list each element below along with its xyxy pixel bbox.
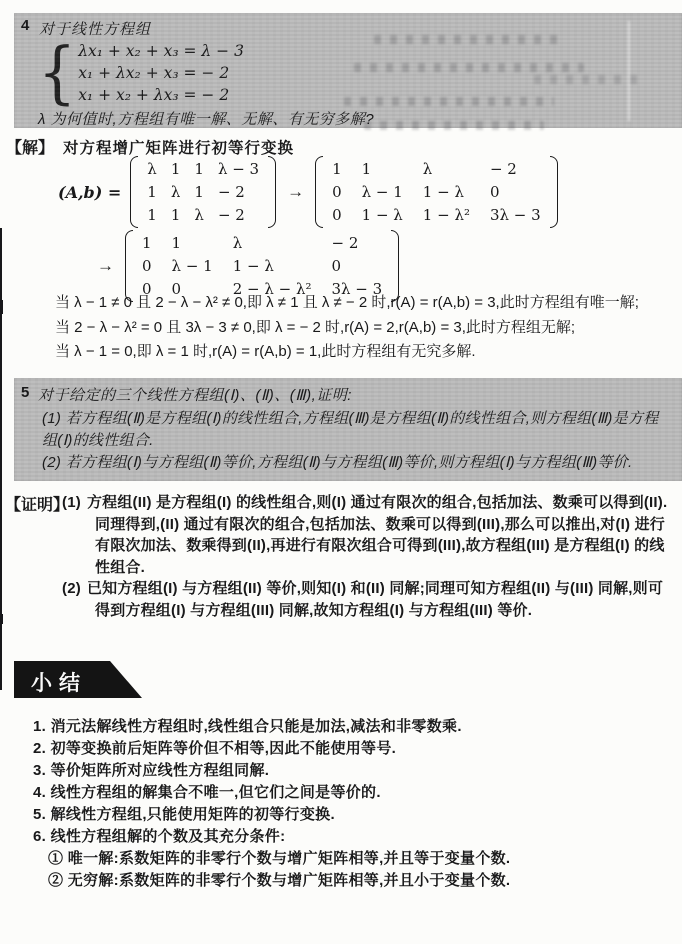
proof-section: 【证明】 (1)方程组(II) 是方程组(I) 的线性组合,则(I) 通过有限次… [5, 492, 677, 622]
arrow-icon: → [95, 256, 116, 276]
summary-subitem-1: ① 唯一解:系数矩阵的非零行个数与增广矩阵相等,并且等于变量个数. [33, 848, 654, 870]
matrix-cell: 1 [332, 159, 342, 179]
problem5-item-1: (1) 若方程组(Ⅱ)是方程组(Ⅰ)的线性组合,方程组(Ⅲ)是方程组(Ⅱ)的线性… [38, 408, 664, 452]
matrix-cell: − 2 [218, 182, 245, 202]
left-paren-icon [130, 156, 138, 228]
matrix-cell: λ [171, 182, 181, 202]
proof-text-1: 方程组(II) 是方程组(I) 的线性组合,则(I) 通过有限次的组合,包括加法… [87, 494, 667, 576]
arrow-icon: → [285, 182, 306, 202]
matrix-cell: 1 − λ [233, 256, 274, 276]
scan-edge-mark [0, 614, 3, 624]
matrix-cell: − 2 [331, 233, 358, 253]
matrix-cell: λ [423, 159, 433, 179]
matrix-cell: λ [147, 159, 157, 179]
summary-item-6: 6. 线性方程组解的个数及其充分条件: [33, 826, 654, 848]
matrix-cell: 1 − λ² [423, 205, 470, 225]
case-infinite-solutions: 当 λ − 1 = 0,即 λ = 1 时,r(A) = r(A,b) = 1,… [55, 340, 670, 365]
matrix-cell: 0 [331, 256, 341, 276]
case-unique-solution: 当 λ − 1 ≠ 0 且 2 − λ − λ² ≠ 0,即 λ ≠ 1 且 λ… [55, 291, 670, 316]
equation-lines: λx₁ + x₂ + x₃ = λ − 3 x₁ + λx₂ + x₃ = − … [78, 40, 244, 106]
summary-item-2: 2. 初等变换前后矩阵等价但不相等,因此不能使用等号. [33, 738, 654, 760]
left-brace: { [38, 34, 76, 112]
matrix-cell: λ − 1 [172, 256, 213, 276]
problem4-question: λ 为何值时,方程组有唯一解、无解、有无穷多解? [38, 108, 374, 129]
matrix-cell: 1 − λ [362, 205, 403, 225]
summary-list: 1. 消元法解线性方程组时,线性组合只能是加法,减法和非零数乘. 2. 初等变换… [33, 716, 654, 892]
matrix-cell: 3λ − 3 [490, 205, 541, 225]
showthrough-noise [344, 97, 554, 106]
matrix-cell: 1 [171, 159, 181, 179]
proof-paragraphs: (1)方程组(II) 是方程组(I) 的线性组合,则(I) 通过有限次的组合,包… [62, 492, 669, 622]
summary-badge: 小结 [14, 661, 142, 698]
proof-paragraph-2: (2)已知方程组(I) 与方程组(II) 等价,则知(I) 和(II) 同解;同… [62, 578, 669, 621]
augmented-matrix-label: (A,b) = [58, 183, 121, 202]
proof-marker-2: (2) [62, 580, 87, 597]
showthrough-noise [354, 63, 584, 72]
proof-paragraph-1: (1)方程组(II) 是方程组(I) 的线性组合,则(I) 通过有限次的组合,包… [62, 492, 669, 578]
matrix-cell: λ − 1 [362, 182, 403, 202]
summary-item-1: 1. 消元法解线性方程组时,线性组合只能是加法,减法和非零数乘. [33, 716, 654, 738]
matrix-cell: 0 [142, 256, 152, 276]
textbook-page: 4 对于线性方程组 { λx₁ + x₂ + x₃ = λ − 3 x₁ + λ… [0, 0, 682, 944]
matrix-cell: − 2 [490, 159, 517, 179]
matrix-cell: 1 [194, 159, 204, 179]
matrix-cell: 1 [172, 233, 182, 253]
matrix-cell: 0 [490, 182, 500, 202]
matrix-cell: 1 [194, 182, 204, 202]
showthrough-noise [364, 121, 544, 130]
left-paren-icon [315, 156, 323, 228]
proof-label: 【证明】 [5, 492, 69, 515]
equation-3: x₁ + x₂ + λx₃ = − 2 [78, 84, 244, 106]
showthrough-noise [374, 35, 564, 44]
showthrough-noise [534, 75, 644, 84]
right-paren-icon [268, 156, 276, 228]
equation-2: x₁ + λx₂ + x₃ = − 2 [78, 62, 244, 84]
solution-intro: 对方程增广矩阵进行初等行变换 [63, 136, 294, 158]
equation-1: λx₁ + x₂ + x₃ = λ − 3 [78, 40, 244, 62]
matrix-cell: λ [233, 233, 243, 253]
matrix-cell: 1 [147, 205, 157, 225]
matrix-cell: 0 [332, 205, 342, 225]
solution-label: 【解】 [6, 135, 54, 158]
proof-text-2: 已知方程组(I) 与方程组(II) 等价,则知(I) 和(II) 同解;同理可知… [87, 580, 663, 619]
matrix-cell: 1 [362, 159, 372, 179]
summary-item-4: 4. 线性方程组的解集合不唯一,但它们之间是等价的. [33, 782, 654, 804]
matrix-1: λ11λ − 31λ1− 211λ− 2 [130, 156, 276, 228]
matrix-cell: λ − 3 [218, 159, 259, 179]
matrix-cell: 1 [171, 205, 181, 225]
matrix-cell: 0 [332, 182, 342, 202]
problem4-number: 4 [21, 17, 29, 34]
summary-badge-label: 小结 [14, 661, 142, 697]
solution-cases: 当 λ − 1 ≠ 0 且 2 − λ − λ² ≠ 0,即 λ ≠ 1 且 λ… [55, 291, 670, 365]
summary-item-5: 5. 解线性方程组,只能使用矩阵的初等行变换. [33, 804, 654, 826]
summary-subitem-2: ② 无穷解:系数矩阵的非零行个数与增广矩阵相等,并且小于变量个数. [33, 870, 654, 892]
matrix-cell: 1 [147, 182, 157, 202]
equation-system: { λx₁ + x₂ + x₃ = λ − 3 x₁ + λx₂ + x₃ = … [38, 38, 244, 108]
matrix-cell: − 2 [218, 205, 245, 225]
matrix-cell: 1 − λ [423, 182, 464, 202]
matrix-row-1: (A,b) = λ11λ − 31λ1− 211λ− 2 → 11λ− 20λ … [58, 156, 558, 228]
case-no-solution: 当 2 − λ − λ² = 0 且 3λ − 3 ≠ 0,即 λ = − 2 … [55, 316, 670, 341]
problem5-item-2: (2) 若方程组(Ⅰ)与方程组(Ⅱ)等价,方程组(Ⅱ)与方程组(Ⅲ)等价,则方程… [38, 452, 664, 474]
problem4-block: 4 对于线性方程组 { λx₁ + x₂ + x₃ = λ − 3 x₁ + λ… [14, 13, 682, 128]
summary-item-3: 3. 等价矩阵所对应线性方程组同解. [33, 760, 654, 782]
showthrough-streak [628, 21, 630, 121]
matrix-2: 11λ− 20λ − 11 − λ001 − λ1 − λ²3λ − 3 [315, 156, 558, 228]
problem5-title: 对于给定的三个线性方程组(Ⅰ)、(Ⅱ)、(Ⅲ),证明: [38, 384, 664, 405]
scan-edge-mark [0, 300, 3, 314]
matrix-cell: 1 [142, 233, 152, 253]
problem5-block: 5 对于给定的三个线性方程组(Ⅰ)、(Ⅱ)、(Ⅲ),证明: (1) 若方程组(Ⅱ… [14, 378, 682, 481]
problem5-number: 5 [21, 384, 29, 401]
right-paren-icon [550, 156, 558, 228]
matrix-cell: λ [194, 205, 204, 225]
